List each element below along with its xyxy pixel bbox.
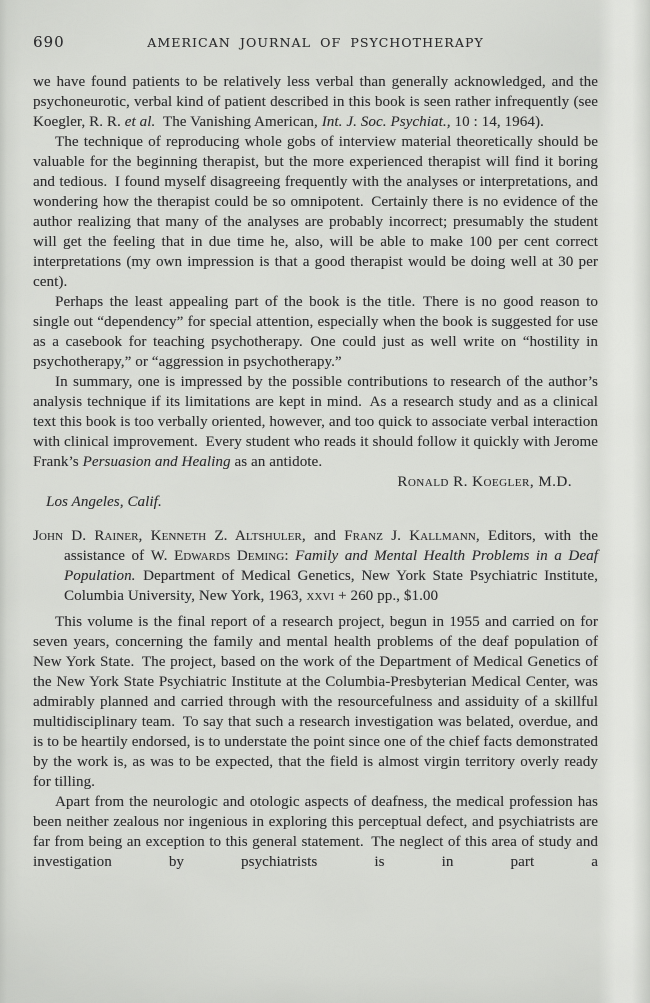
review1-paragraph: The technique of reproducing whole gobs …	[33, 132, 598, 292]
review2-paragraph: Apart from the neurologic and otologic a…	[33, 792, 598, 872]
page-content: 690 AMERICAN JOURNAL OF PSYCHOTHERAPY we…	[33, 32, 598, 872]
review2-paragraph: This volume is the final report of a res…	[33, 612, 598, 792]
reviewer-location: Los Angeles, Calif.	[33, 492, 598, 512]
book-citation: John D. Rainer, Kenneth Z. Altshuler, an…	[33, 526, 598, 606]
reviewer-signature: Ronald R. Koegler, M.D.	[33, 472, 598, 492]
review1-paragraph-continuation: we have found patients to be relatively …	[33, 72, 598, 132]
journal-page-scan: 690 AMERICAN JOURNAL OF PSYCHOTHERAPY we…	[0, 0, 650, 1003]
page-number: 690	[33, 33, 65, 51]
journal-title: AMERICAN JOURNAL OF PSYCHOTHERAPY	[33, 32, 598, 50]
review1-paragraph: In summary, one is impressed by the poss…	[33, 372, 598, 472]
running-header: 690 AMERICAN JOURNAL OF PSYCHOTHERAPY	[33, 32, 598, 52]
review1-paragraph: Perhaps the least appealing part of the …	[33, 292, 598, 372]
page-body-text: we have found patients to be relatively …	[33, 72, 598, 872]
